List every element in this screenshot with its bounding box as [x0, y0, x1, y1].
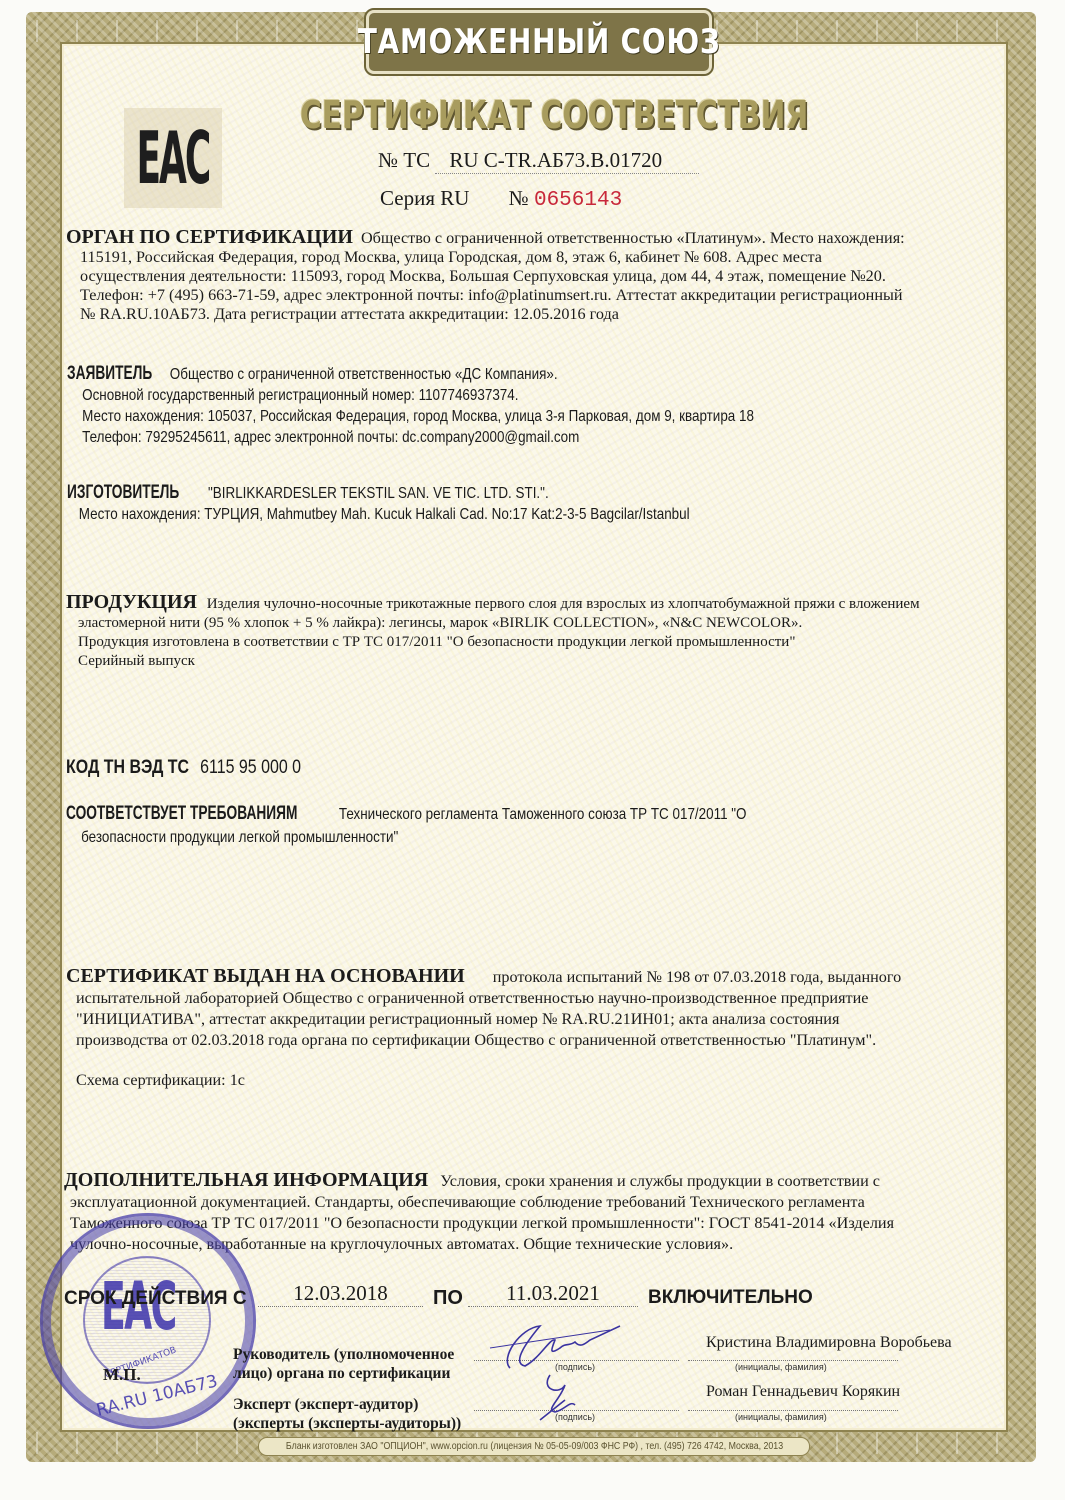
hs-code-value: 6115 95 000 0 [200, 757, 301, 778]
expert-name: Роман Геннадьевич Корякин [706, 1383, 900, 1401]
expert-name-caption: (инициалы, фамилия) [735, 1412, 827, 1422]
applicant-line: Место нахождения: 105037, Российская Фед… [67, 406, 991, 427]
certification-body-line: Телефон: +7 (495) 663-71-59, адрес элект… [80, 286, 905, 305]
certification-body-line: Общество с ограниченной ответственностью… [361, 229, 905, 247]
applicant-line: Общество с ограниченной ответственностью… [170, 366, 558, 383]
certification-seal-stamp: ЕАС RA.RU 10АБ73 СЕРТИФИКАТОВ [40, 1213, 256, 1429]
additional-info-line: эксплуатационной документацией. Стандарт… [64, 1192, 894, 1213]
validity-inclusive: ВКЛЮЧИТЕЛЬНО [648, 1287, 813, 1309]
product-line: Серийный выпуск [66, 652, 920, 671]
head-signature-icon [480, 1318, 630, 1378]
additional-info-line: Условия, сроки хранения и службы продукц… [440, 1172, 880, 1190]
hs-code-row: КОД ТН ВЭД ТС 6115 95 000 0 [66, 757, 570, 778]
head-name-caption: (инициалы, фамилия) [735, 1362, 827, 1372]
manufacturer-label: ИЗГОТОВИТЕЛЬ [67, 482, 179, 503]
validity-from: 12.03.2018 [258, 1281, 423, 1307]
document-title: СЕРТИФИКАТ СООТВЕТСТВИЯ [300, 93, 784, 137]
product-label: ПРОДУКЦИЯ [66, 591, 197, 613]
compliance-label: СООТВЕТСТВУЕТ ТРЕБОВАНИЯМ [66, 803, 297, 824]
applicant-line: Основной государственный регистрационный… [67, 385, 991, 406]
certification-scheme: Схема сертификации: 1с [66, 1070, 901, 1091]
compliance-line: Технического регламента Таможенного союз… [339, 806, 747, 823]
expert-name-line [688, 1410, 898, 1411]
footer-plate: Бланк изготовлен ЗАО "ОПЦИОН", www.opcio… [258, 1437, 810, 1456]
hs-code-label: КОД ТН ВЭД ТС [66, 757, 189, 778]
head-name-line [688, 1360, 898, 1361]
applicant-label: ЗАЯВИТЕЛЬ [67, 363, 152, 384]
basis-line: испытательной лабораторией Общество с ог… [66, 988, 901, 1009]
series-value: RU [440, 186, 469, 210]
certification-body-line: № RA.RU.10АБ73. Дата регистрации аттеста… [80, 305, 905, 324]
basis-line: производства от 02.03.2018 года органа п… [66, 1030, 901, 1051]
applicant-section: ЗАЯВИТЕЛЬ Общество с ограниченной ответс… [67, 363, 991, 448]
certification-body-line: осуществления деятельности: 115093, горо… [80, 267, 905, 286]
basis-section: СЕРТИФИКАТ ВЫДАН НА ОСНОВАНИИ протокола … [66, 966, 901, 1091]
seal-label: М.П. [103, 1365, 141, 1385]
product-line: Продукция изготовлена в соответствии с Т… [66, 633, 920, 652]
validity-to: 11.03.2021 [468, 1281, 638, 1307]
compliance-line: безопасности продукции легкой промышленн… [66, 827, 990, 848]
expert-signature-icon [530, 1370, 590, 1425]
eac-mark-icon: ЕАС [137, 116, 210, 200]
basis-label: СЕРТИФИКАТ ВЫДАН НА ОСНОВАНИИ [66, 965, 465, 987]
product-section: ПРОДУКЦИЯ Изделия чулочно-носочные трико… [66, 593, 920, 671]
validity-to-label: ПО [433, 1287, 463, 1310]
head-label: Руководитель (уполномоченное лицо) орган… [233, 1345, 454, 1383]
tc-number: RU C-TR.АБ73.В.01720 [435, 148, 699, 174]
certification-body-line: 115191, Российская Федерация, город Моск… [80, 248, 905, 267]
manufacturer-section: ИЗГОТОВИТЕЛЬ "BIRLIKKARDESLER TEKSTIL SA… [67, 482, 991, 525]
series-label: Серия [380, 186, 435, 210]
head-name: Кристина Владимировна Воробьева [706, 1334, 952, 1352]
expert-label-line: Эксперт (эксперт-аудитор) [233, 1395, 461, 1414]
serial-label: № [509, 186, 529, 210]
serial-number: 0656143 [534, 189, 622, 212]
customs-union-plate: ТАМОЖЕННЫЙ СОЮЗ [366, 10, 712, 74]
footer-text: Бланк изготовлен ЗАО "ОПЦИОН", www.opcio… [285, 1441, 782, 1452]
head-label-line: лицо) органа по сертификации [233, 1364, 454, 1383]
expert-label: Эксперт (эксперт-аудитор) (эксперты (экс… [233, 1395, 461, 1433]
manufacturer-name: "BIRLIKKARDESLER TEKSTIL SAN. VE TIC. LT… [208, 485, 549, 502]
expert-label-line: (эксперты (эксперты-аудиторы)) [233, 1414, 461, 1433]
basis-line: "ИНИЦИАТИВА", аттестат аккредитации реги… [66, 1009, 901, 1030]
product-line: Изделия чулочно-носочные трикотажные пер… [207, 596, 920, 612]
validity-label: СРОК ДЕЙСТВИЯ С [64, 1288, 247, 1310]
customs-union-title: ТАМОЖЕННЫЙ СОЮЗ [358, 22, 721, 62]
compliance-section: СООТВЕТСТВУЕТ ТРЕБОВАНИЯМ Технического р… [66, 803, 990, 848]
certification-body-label: ОРГАН ПО СЕРТИФИКАЦИИ [66, 226, 353, 248]
certification-body-section: ОРГАН ПО СЕРТИФИКАЦИИ Общество с огранич… [80, 228, 905, 324]
tc-number-label: № ТС [378, 148, 430, 172]
series-row: Серия RU № 0656143 [380, 186, 622, 212]
tc-number-row: № ТС RU C-TR.АБ73.В.01720 [378, 148, 699, 174]
manufacturer-address: Место нахождения: ТУРЦИЯ, Mahmutbey Mah.… [67, 504, 991, 525]
basis-line: протокола испытаний № 198 от 07.03.2018 … [493, 968, 901, 986]
product-line: эластомерной нити (95 % хлопок + 5 % лай… [66, 614, 920, 633]
additional-info-label: ДОПОЛНИТЕЛЬНАЯ ИНФОРМАЦИЯ [64, 1169, 428, 1191]
head-label-line: Руководитель (уполномоченное [233, 1345, 454, 1364]
eac-logo: ЕАС [124, 108, 222, 208]
applicant-line: Телефон: 79295245611, адрес электронной … [67, 427, 991, 448]
